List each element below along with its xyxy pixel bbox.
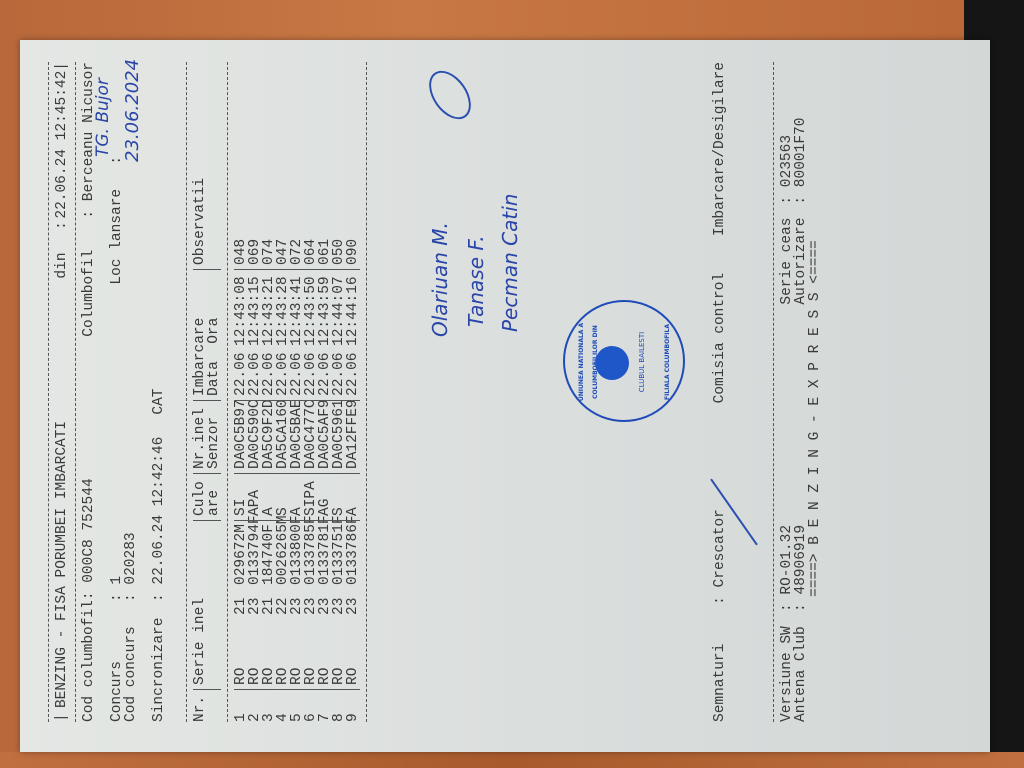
table-row: 3RO21184740FADA5C9F2D22.0612:43:21074 xyxy=(262,62,276,722)
cell-inel: 0026265M xyxy=(276,525,290,585)
cell-obs: 048 xyxy=(234,205,248,265)
cell-data: 22.06 xyxy=(262,346,276,396)
cell-culoare: APA xyxy=(248,478,262,516)
cell-nr: 4 xyxy=(276,694,290,722)
cell-obs: 069 xyxy=(248,205,262,265)
cell-culoare: A xyxy=(346,478,360,516)
din-label: din xyxy=(55,239,69,279)
antena-row: Antena Club : 48906919 Autorizare : 8000… xyxy=(794,62,808,722)
signatures-row: Semnaturi : Crescator Comisia control Im… xyxy=(713,62,727,722)
cell-nr: 5 xyxy=(290,694,304,722)
cell-data: 22.06 xyxy=(276,346,290,396)
cell-ora: 12:43:50 xyxy=(304,274,318,346)
din-value: 22.06.24 12:45:42 xyxy=(55,71,69,219)
cell-inel: 0133786F xyxy=(346,525,360,585)
cell-tara: RO xyxy=(304,615,318,685)
cell-ora: 12:44:16 xyxy=(346,274,360,346)
divider xyxy=(75,62,76,722)
cell-obs: 047 xyxy=(276,205,290,265)
cell-tara: RO xyxy=(290,615,304,685)
sincronizare-value: 22.06.24 12:42:46 xyxy=(152,415,166,585)
header-imbarcare: Imbarcare xyxy=(193,274,207,396)
header-nr-inel: Nr.inel xyxy=(193,405,207,469)
cod-columbofil-label: Cod columbofil xyxy=(82,600,96,722)
serie-ceas-value: 023563 xyxy=(780,135,794,187)
cell-senzor: DA5CA160 xyxy=(276,405,290,469)
table-bottom-divider xyxy=(366,62,367,722)
autorizare-label: Autorizare xyxy=(794,205,808,305)
stamp-inner-text: FILIALA COLUMBOFILA xyxy=(661,310,675,414)
versiune-value: RO-01.32 xyxy=(780,305,794,595)
cell-data: 22.06 xyxy=(346,346,360,396)
cod-concurs-value: 020283 xyxy=(124,532,138,584)
table-header-row-2: are Senzor Data Ora xyxy=(207,62,221,722)
handwritten-area: Olariuan M. Tanase F. Pecman Catin xyxy=(373,62,563,722)
cell-ora: 12:43:08 xyxy=(234,274,248,346)
cell-culoare: S xyxy=(332,478,346,516)
cell-data: 22.06 xyxy=(248,346,262,396)
wooden-surface xyxy=(0,752,1024,768)
cell-tara: RO xyxy=(262,615,276,685)
cell-data: 22.06 xyxy=(290,346,304,396)
header-senzor: Senzor xyxy=(207,405,221,469)
cell-inel: 0133794F xyxy=(248,525,262,585)
header-serie-inel: Serie inel xyxy=(193,525,207,685)
receipt-title: BENZING - FISA PORUMBEI IMBARCATI xyxy=(55,279,69,708)
cell-obs: 061 xyxy=(318,205,332,265)
antena-value: 48906919 xyxy=(794,305,808,595)
table-top-divider xyxy=(186,62,187,722)
cell-an: 23 xyxy=(290,585,304,615)
cell-inel: 0133785F xyxy=(304,525,318,585)
cell-ora: 12:43:15 xyxy=(248,274,262,346)
receipt-content: | BENZING - FISA PORUMBEI IMBARCATI din … xyxy=(42,62,822,722)
cell-inel: 0133800F xyxy=(290,525,304,585)
table-header-divider xyxy=(227,62,228,722)
cell-senzor: DA5C9F2D xyxy=(262,405,276,469)
loc-lansare-handwritten: TG. Bujor xyxy=(96,78,110,157)
loc-lansare-label: Loc lansare xyxy=(110,165,124,285)
cell-tara: RO xyxy=(332,615,346,685)
divider xyxy=(48,62,49,722)
banner-row: ====> B E N Z I N G - E X P R E S S <===… xyxy=(808,62,822,722)
crescator-label: Crescator xyxy=(713,403,727,587)
cell-data: 22.06 xyxy=(304,346,318,396)
comisia-control-label: Comisia control xyxy=(713,236,727,403)
cell-senzor: DA12FFE9 xyxy=(346,405,360,469)
stamp-area: UNIUNEA NATIONALA A COLUMBOFILILOR DIN R… xyxy=(563,62,713,722)
cell-nr: 8 xyxy=(332,694,346,722)
receipt-paper: | BENZING - FISA PORUMBEI IMBARCATI din … xyxy=(20,40,990,752)
cell-inel: 0133781F xyxy=(318,525,332,585)
cell-nr: 6 xyxy=(304,694,318,722)
title-row: | BENZING - FISA PORUMBEI IMBARCATI din … xyxy=(55,62,69,722)
cell-data: 22.06 xyxy=(318,346,332,396)
cell-data: 22.06 xyxy=(332,346,346,396)
cod-concurs-row: Cod concurs : 020283 23.06.2024 xyxy=(124,62,138,722)
cell-tara: RO xyxy=(318,615,332,685)
handwritten-signature-mark xyxy=(421,63,480,127)
pigeon-table: 1RO21029672MSIDA0C5B9722.0612:43:080482R… xyxy=(234,62,360,722)
cell-tara: RO xyxy=(248,615,262,685)
cell-ora: 12:43:59 xyxy=(318,274,332,346)
benzing-express-banner: ====> B E N Z I N G - E X P R E S S <===… xyxy=(808,240,822,597)
cell-tara: RO xyxy=(276,615,290,685)
cell-obs: 090 xyxy=(346,205,360,265)
handwritten-name-3: Pecman Catin xyxy=(503,194,517,332)
cell-senzor: DA0C5B97 xyxy=(234,405,248,469)
table-row: 7RO230133781FAGDA0C5AF922.0612:43:59061 xyxy=(318,62,332,722)
cod-concurs-label: Cod concurs xyxy=(124,602,138,722)
cell-ora: 12:43:41 xyxy=(290,274,304,346)
table-row: 1RO21029672MSIDA0C5B9722.0612:43:08048 xyxy=(234,62,248,722)
cell-inel: 0133751F xyxy=(332,525,346,585)
versiune-row: Versiune SW : RO-01.32 Serie ceas : 0235… xyxy=(780,62,794,722)
header-culoare: Culo xyxy=(193,478,207,516)
handwritten-name-1: Olariuan M. xyxy=(433,222,447,337)
cell-obs: 074 xyxy=(262,205,276,265)
imbarcare-desigilare-label: Imbarcare/Desigilare xyxy=(713,62,727,236)
cell-an: 22 xyxy=(276,585,290,615)
table-row: 8RO230133751FSDA0C596122.0612:44:07050 xyxy=(332,62,346,722)
stamp-center-text: CLUBUL BAILESTI xyxy=(635,324,649,400)
autorizare-value: 80001F70 xyxy=(794,118,808,188)
cell-senzor: DA0C5961 xyxy=(332,405,346,469)
cod-columbofil-row: Cod columbofil : 000C8 752544 Columbofil… xyxy=(82,62,96,722)
cell-culoare: S xyxy=(276,478,290,516)
versiune-label: Versiune SW xyxy=(780,612,794,722)
cell-an: 23 xyxy=(304,585,318,615)
footer-divider xyxy=(773,62,774,722)
cell-culoare: A xyxy=(262,478,276,516)
sincronizare-label: Sincronizare xyxy=(152,602,166,722)
cell-ora: 12:43:28 xyxy=(276,274,290,346)
cell-obs: 072 xyxy=(290,205,304,265)
table-row: 6RO230133785FSIPADA0C477C22.0612:43:5006… xyxy=(304,62,318,722)
header-culoare-2: are xyxy=(207,478,221,516)
cell-nr: 1 xyxy=(234,694,248,722)
cell-an: 23 xyxy=(346,585,360,615)
table-row: 5RO230133800FADA0C5BAE22.0612:43:41072 xyxy=(290,62,304,722)
columbofil-label: Columbofil xyxy=(82,219,96,337)
cell-an: 23 xyxy=(332,585,346,615)
cell-obs: 064 xyxy=(304,205,318,265)
cell-an: 23 xyxy=(318,585,332,615)
cod-columbofil-value: 000C8 752544 xyxy=(82,337,96,583)
cell-ora: 12:44:07 xyxy=(332,274,346,346)
header-observatii: Observatii xyxy=(193,178,207,265)
sincronizare-suffix: CAT xyxy=(152,388,166,414)
antena-label: Antena Club xyxy=(794,612,808,722)
club-stamp: UNIUNEA NATIONALA A COLUMBOFILILOR DIN R… xyxy=(563,300,685,422)
handwritten-name-2: Tanase F. xyxy=(469,235,483,327)
header-nr: Nr. xyxy=(193,694,207,722)
cell-culoare: AG xyxy=(318,478,332,516)
cell-senzor: DA0C5BAE xyxy=(290,405,304,469)
cell-senzor: DA0C590C xyxy=(248,405,262,469)
semnaturi-label: Semnaturi xyxy=(713,605,727,722)
serie-ceas-label: Serie ceas xyxy=(780,205,794,305)
table-row: 4RO220026265MSDA5CA16022.0612:43:28047 xyxy=(276,62,290,722)
cell-data: 22.06 xyxy=(234,346,248,396)
sincronizare-row: Sincronizare : 22.06.24 12:42:46 CAT xyxy=(152,62,166,722)
cell-senzor: DA0C477C xyxy=(304,405,318,469)
cell-nr: 3 xyxy=(262,694,276,722)
cell-tara: RO xyxy=(346,615,360,685)
cell-an: 21 xyxy=(262,585,276,615)
cell-inel: 184740F xyxy=(262,525,276,585)
cell-obs: 050 xyxy=(332,205,346,265)
cell-an: 21 xyxy=(234,585,248,615)
cell-nr: 7 xyxy=(318,694,332,722)
cell-culoare: SI xyxy=(234,478,248,516)
cell-culoare: SIPA xyxy=(304,478,318,516)
date-handwritten: 23.06.2024 xyxy=(126,59,140,162)
cell-nr: 2 xyxy=(248,694,262,722)
cell-tara: RO xyxy=(234,615,248,685)
cell-ora: 12:43:21 xyxy=(262,274,276,346)
cell-senzor: DA0C5AF9 xyxy=(318,405,332,469)
cell-nr: 9 xyxy=(346,694,360,722)
cell-an: 23 xyxy=(248,585,262,615)
table-row: 2RO230133794FAPADA0C590C22.0612:43:15069 xyxy=(248,62,262,722)
table-header-row-1: Nr. Serie inel Culo Nr.inel Imbarcare Ob… xyxy=(193,62,207,722)
cell-inel: 029672M xyxy=(234,525,248,585)
cell-culoare: A xyxy=(290,478,304,516)
header-data-ora: Data Ora xyxy=(207,274,221,396)
concurs-value: 1 xyxy=(110,285,124,585)
pigeon-emblem-icon xyxy=(595,346,629,380)
table-row: 9RO230133786FADA12FFE922.0612:44:16090 xyxy=(346,62,360,722)
concurs-label: Concurs xyxy=(110,602,124,722)
